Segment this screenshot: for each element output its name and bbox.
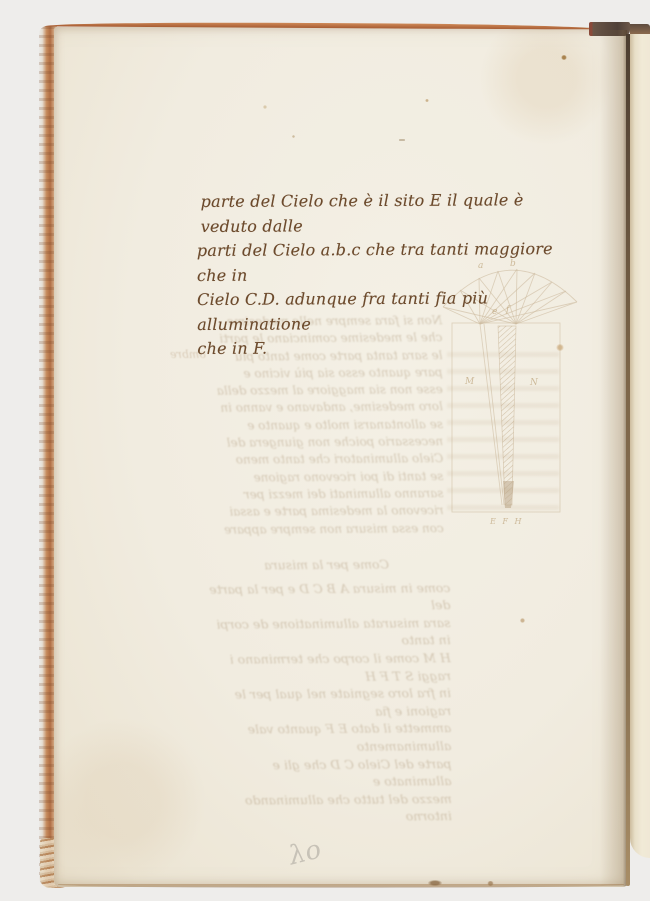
bleed-line: come in misura A B C D e per la parte de… xyxy=(203,579,450,616)
gutter-shadow xyxy=(600,30,627,886)
foxing-spot xyxy=(399,139,405,141)
foxing-spot xyxy=(292,135,295,138)
bleed-line: pare quanto esso sia più vicino e xyxy=(212,364,443,383)
bleed-line: ammette il dato E F quanto vale allumina… xyxy=(204,719,451,756)
page-bottom-edge xyxy=(58,884,624,888)
bleed-line: se allontanarsi molto e quanto e xyxy=(212,416,443,435)
edge-stain-spot xyxy=(428,880,442,886)
bleed-line: loro medesime, andavano e vanno in xyxy=(212,399,443,418)
bleed-line: mezzo del tutto che alluminando intorno xyxy=(205,790,452,827)
bleed-line: se tanti di poi ricevono ragione xyxy=(212,468,443,487)
manuscript-scan: Non si fara sempre nelle medesime che le… xyxy=(0,0,650,901)
bleed-line: con essa misura non sempre appare xyxy=(213,520,444,539)
bleed-line: necessario poiche non giungera del xyxy=(212,433,443,452)
bleed-line: sara misurata alluminatione de corpi in … xyxy=(203,614,450,651)
bleed-line: ricevono la medesima parte e assai xyxy=(213,502,444,521)
bleed-title: Come per la misura xyxy=(203,555,450,574)
text-line: parti del Cielo a.b.c che tra tanti magg… xyxy=(197,237,575,288)
edge-stain-spot xyxy=(487,881,494,886)
text-line: parte del Cielo che è il sito E il quale… xyxy=(197,188,575,239)
bleed-line: in fra loro segniate nel qual per le rag… xyxy=(204,684,451,721)
svg-text:M: M xyxy=(464,377,475,387)
bleed-line: H M come il corpo che terminano i raggi … xyxy=(204,649,451,686)
text-line: che in F. xyxy=(197,335,575,361)
svg-text:N: N xyxy=(529,378,539,388)
foxing-spot xyxy=(425,99,429,102)
foxing-spot xyxy=(556,344,564,351)
foxing-spot xyxy=(263,105,267,109)
bleed-line: Cielo alluminatori che tanto meno xyxy=(212,451,443,470)
bleed-line: saranno alluminati dei mezzi per xyxy=(212,485,443,504)
bleedthrough-lower-block: Come per la misura come in misura A B C … xyxy=(203,555,452,827)
next-page-top-edge xyxy=(630,24,650,34)
bleed-line: esse non sia maggiore al mezzo della xyxy=(212,381,443,400)
foxing-spot xyxy=(561,55,567,60)
svg-text:E F H: E F H xyxy=(489,517,523,526)
bleed-line: parte del Cielo C D che gli e alluminato… xyxy=(204,755,451,792)
text-line: Cielo C.D. adunque fra tanti fia più all… xyxy=(197,286,575,337)
main-paragraph: parte del Cielo che è il sito E il quale… xyxy=(197,188,576,361)
foxing-spot xyxy=(520,618,525,623)
next-page-sliver xyxy=(630,30,650,858)
